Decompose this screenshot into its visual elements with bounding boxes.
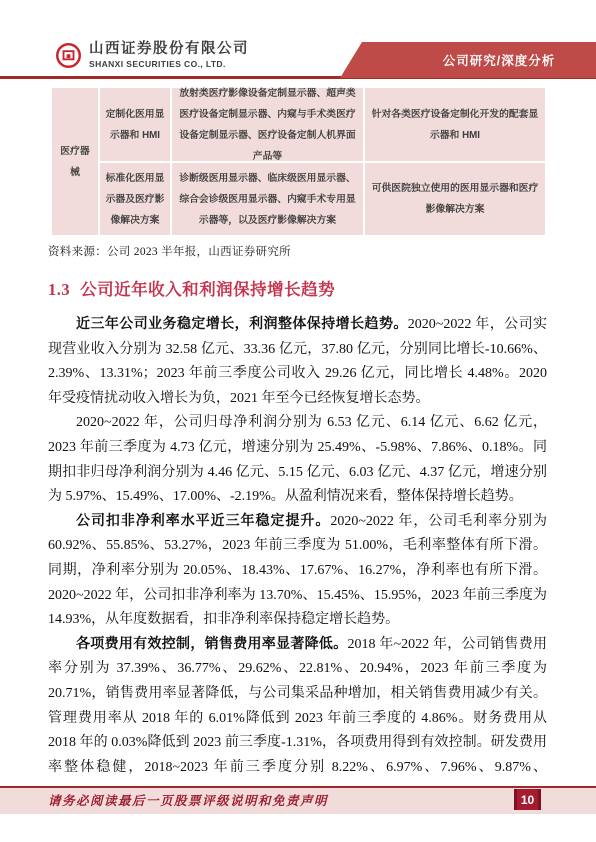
section-number: 1.3 [48, 280, 70, 299]
paragraph: 2020~2022 年，公司归母净利润分别为 6.53 亿元、6.14 亿元、6… [48, 411, 547, 509]
company-name-cn: 山西证券股份有限公司 [89, 42, 249, 58]
table-cell-products-2: 诊断级医用显示器、临床级医用显示器、综合会诊级医用显示器、内窥手术专用显示器等，… [172, 163, 363, 235]
table-cell-products-1: 放射类医疗影像设备定制显示器、超声类医疗设备定制显示器、内窥与手术类医疗设备定制… [172, 88, 363, 161]
table-cell-category: 医疗器械 [52, 88, 98, 235]
product-table: 医疗器械 定制化医用显示器和 HMI 放射类医疗影像设备定制显示器、超声类医疗设… [52, 88, 543, 235]
source-note: 资料来源：公司 2023 半年报，山西证券研究所 [48, 243, 291, 259]
section-heading: 1.3公司近年收入和利润保持增长趋势 [48, 276, 335, 300]
paragraph: 近三年公司业务稳定增长，利润整体保持增长趋势。2020~2022 年，公司实现营… [48, 313, 547, 411]
paragraph: 各项费用有效控制，销售费用率显著降低。2018 年~2022 年，公司销售费用率… [48, 633, 547, 805]
table-cell-segment-1: 定制化医用显示器和 HMI [100, 88, 170, 161]
paragraph: 公司扣非净利率水平近三年稳定提升。2020~2022 年，公司毛利率分别为 60… [48, 510, 547, 633]
company-name-en: SHANXI SECURITIES CO., LTD. [89, 60, 249, 69]
table-cell-description-1: 针对各类医疗设备定制化开发的配套显示器和 HMI [365, 88, 545, 161]
company-name-block: 山西证券股份有限公司 SHANXI SECURITIES CO., LTD. [89, 42, 249, 69]
page-number-badge: 10 [514, 789, 541, 810]
page-number: 10 [521, 793, 534, 807]
report-type-banner: 公司研究/深度分析 [340, 42, 596, 78]
report-page: 山西证券股份有限公司 SHANXI SECURITIES CO., LTD. 公… [0, 0, 596, 842]
shanxi-securities-logo-icon [56, 43, 81, 68]
section-title: 公司近年收入和利润保持增长趋势 [80, 280, 335, 299]
table-cell-segment-2: 标准化医用显示器及医疗影像解决方案 [100, 163, 170, 235]
report-type-label: 公司研究/深度分析 [443, 51, 555, 69]
company-logo-block: 山西证券股份有限公司 SHANXI SECURITIES CO., LTD. [56, 42, 249, 69]
table-cell-description-2: 可供医院独立使用的医用显示器和医疗影像解决方案 [365, 163, 545, 235]
body-text: 近三年公司业务稳定增长，利润整体保持增长趋势。2020~2022 年，公司实现营… [48, 313, 547, 805]
footer-disclaimer: 请务必阅读最后一页股票评级说明和免责声明 [48, 791, 328, 809]
